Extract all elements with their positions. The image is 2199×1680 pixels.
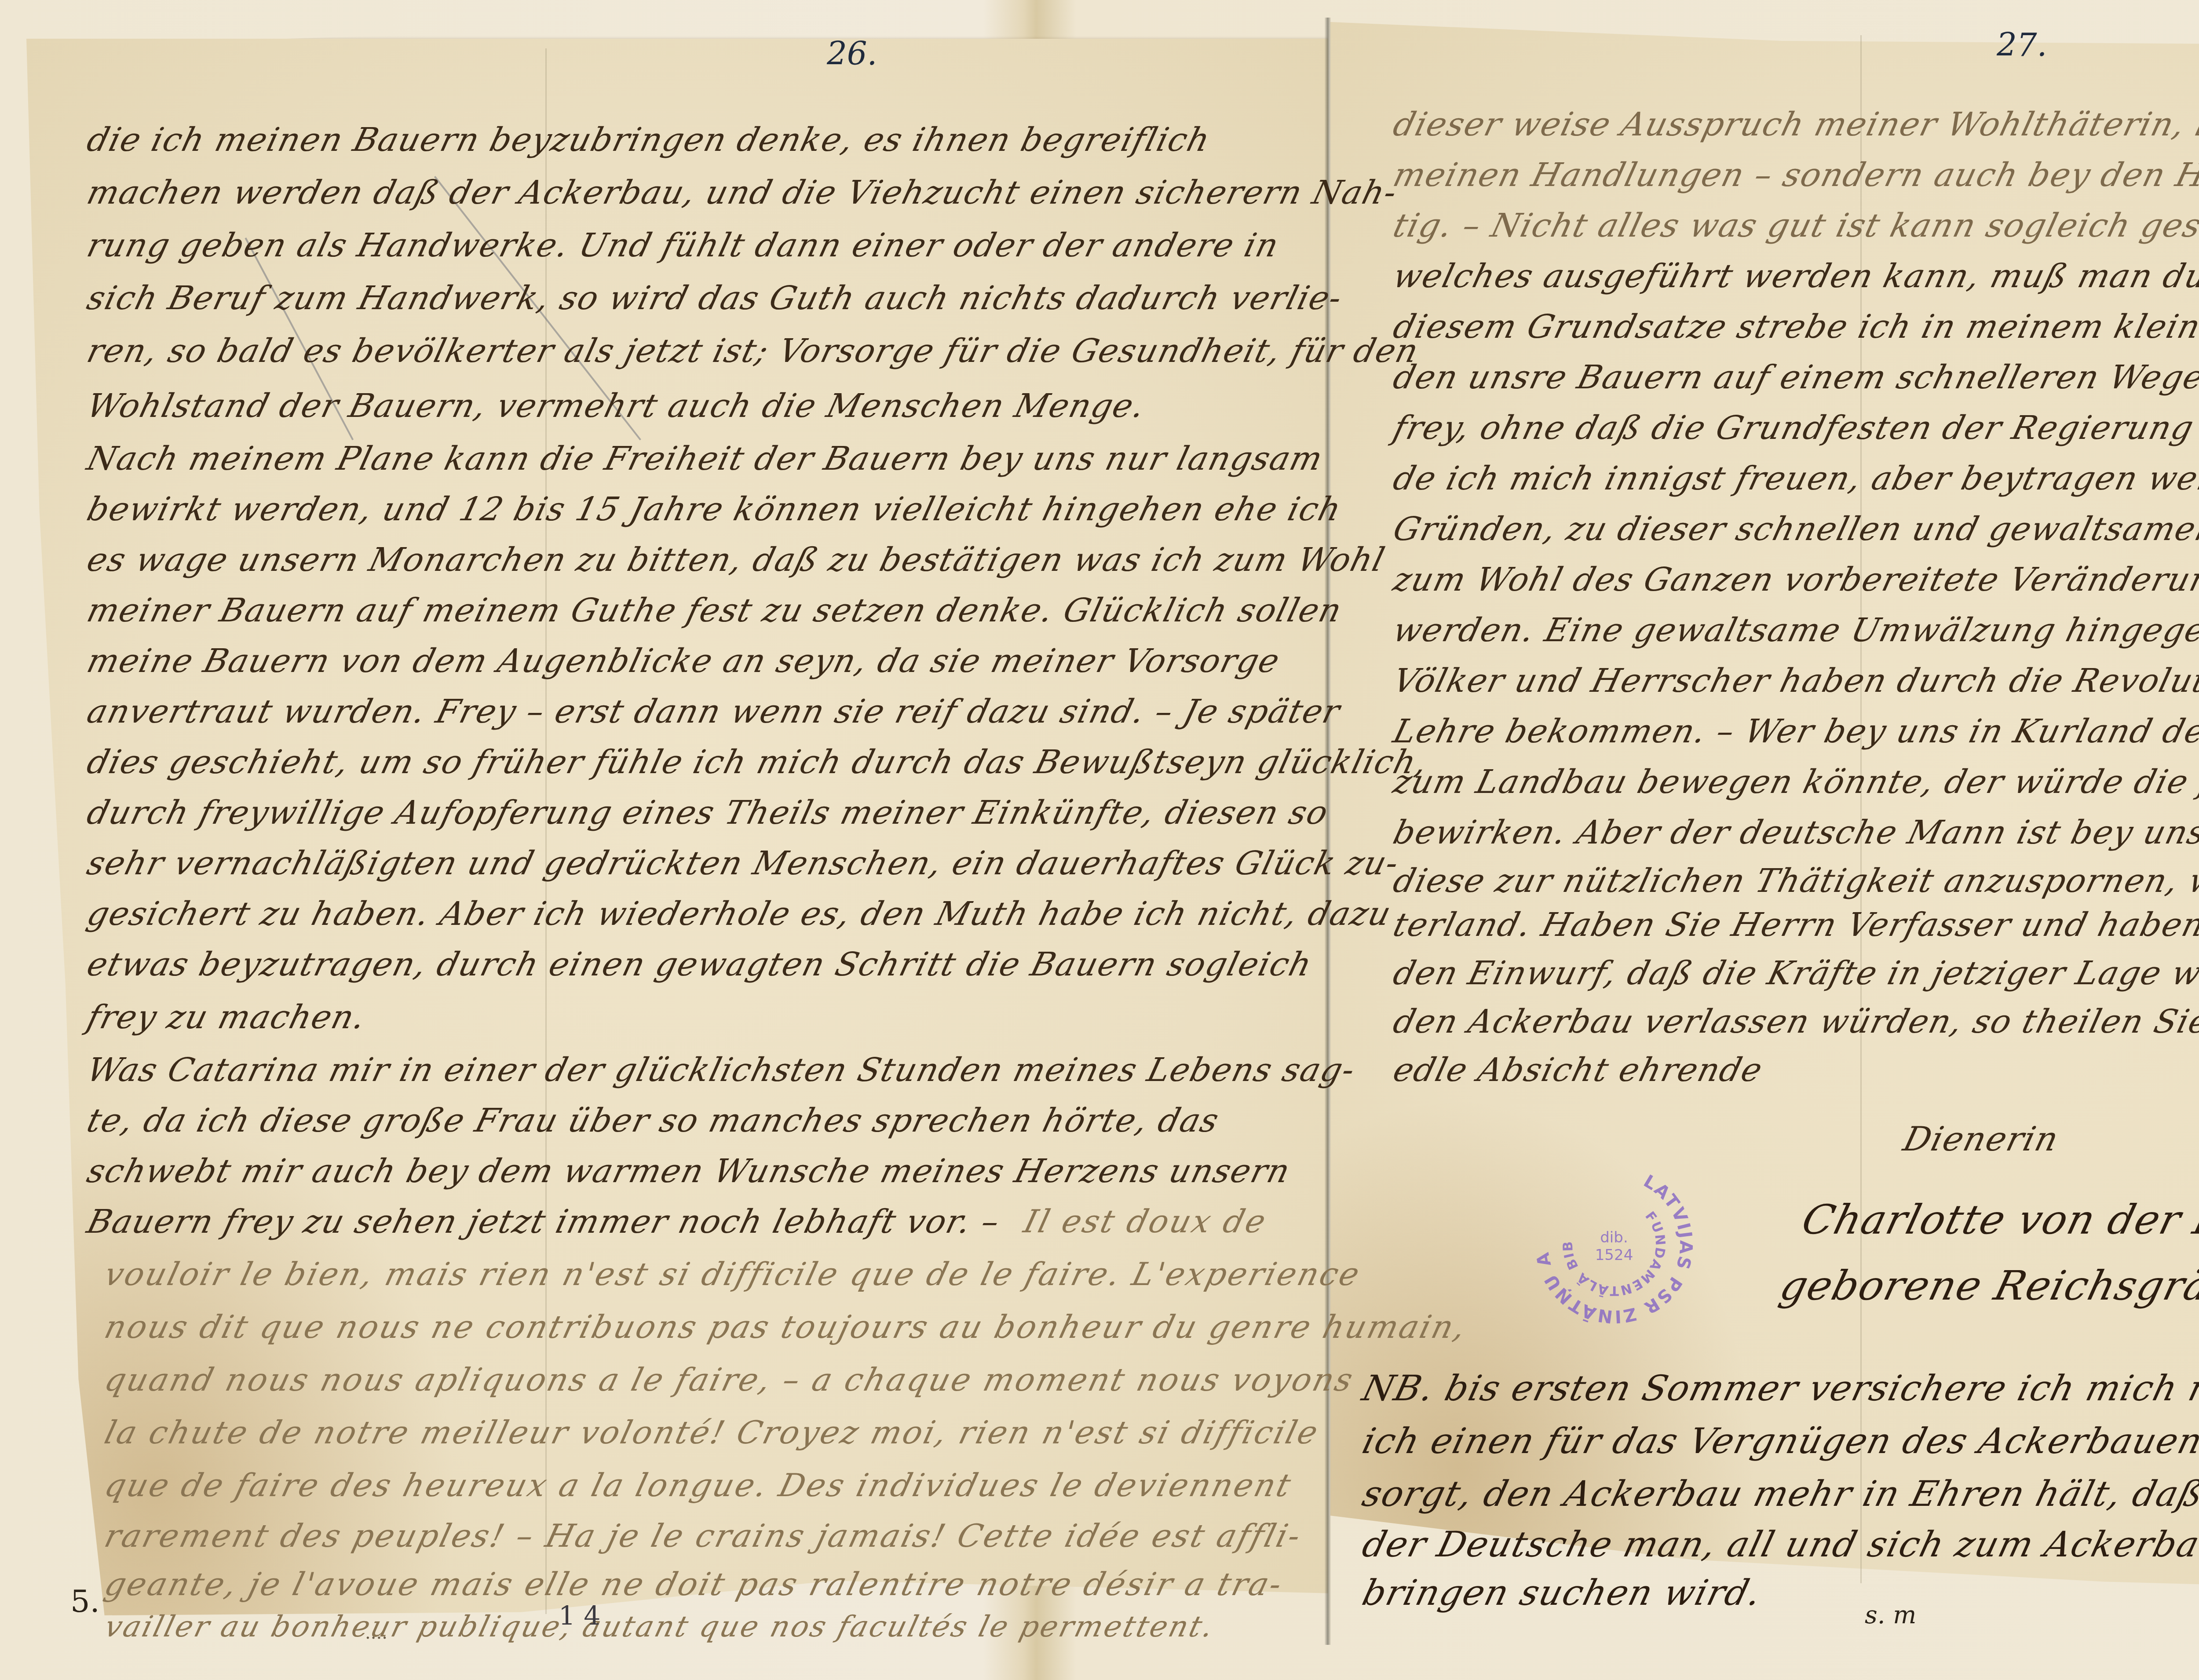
- text-line: es wage unsern Monarchen zu bitten, daß …: [83, 541, 1389, 579]
- text-line: Wohlstand der Bauern, vermehrt auch die …: [83, 387, 1149, 425]
- stamp-seal-icon: LATVIJAS PSR ZINĀTŅU AKADEMIJA * FUNDAME…: [1531, 1161, 1698, 1328]
- text-line: Völker und Herrscher haben durch die Rev…: [1389, 662, 2199, 700]
- text-line: sorgt, den Ackerbau mehr in Ehren hält, …: [1358, 1473, 2199, 1514]
- text-line: NB. bis ersten Sommer versichere ich mic…: [1358, 1368, 2199, 1409]
- text-line: ren, so bald es bevölkerter als jetzt is…: [83, 332, 1423, 370]
- text-line: machen werden daß der Ackerbau, und die …: [83, 174, 1401, 212]
- text-line: gesichert zu haben. Aber ich wiederhole …: [83, 895, 1395, 933]
- text-line: terland. Haben Sie Herrn Verfasser und h…: [1389, 906, 2199, 944]
- text-line: bringen suchen wird.: [1358, 1572, 1766, 1613]
- margin-number-5: 5.: [70, 1583, 100, 1619]
- text-line: Lehre bekommen. – Wer bey uns in Kurland…: [1389, 712, 2199, 750]
- text-line: werden. Eine gewaltsame Umwälzung hingeg…: [1389, 611, 2199, 649]
- text-line: vailler au bonheur publique, autant que …: [101, 1610, 1218, 1643]
- margin-number-14: 1 4: [559, 1601, 600, 1632]
- text-line: sehr vernachläßigten und gedrückten Mens…: [83, 844, 1403, 882]
- text-line: zum Landbau bewegen könnte, der würde di…: [1389, 763, 2199, 801]
- text-line: sich Beruf zum Handwerk, so wird das Gut…: [83, 279, 1346, 317]
- signature-line-1: Charlotte von der Recke: [1797, 1196, 2199, 1243]
- text-line: quand nous nous apliquons a le faire, – …: [101, 1361, 1359, 1398]
- text-line: Il est doux de: [1020, 1203, 1271, 1240]
- margin-dots: ....: [365, 1623, 387, 1643]
- folio-number-left: 26.: [827, 35, 877, 72]
- text-line: der Deutsche man, all und sich zum Acker…: [1358, 1524, 2199, 1565]
- text-line: die ich meinen Bauern beyzubringen denke…: [83, 121, 1214, 159]
- text-line: Nach meinem Plane kann die Freiheit der …: [83, 440, 1327, 478]
- library-stamp-round: LATVIJAS PSR ZINĀTŅU AKADEMIJA * FUNDAME…: [1531, 1161, 1698, 1328]
- text-line: dies geschieht, um so früher fühle ich m…: [83, 743, 1432, 781]
- text-line: bewirkt werden, und 12 bis 15 Jahre könn…: [83, 490, 1345, 528]
- signature-line-2: geborene Reichsgräfin Medem: [1775, 1262, 2199, 1309]
- text-line: anvertraut wurden. Frey – erst dann wenn…: [83, 693, 1344, 730]
- text-line: etwas beyzutragen, durch einen gewagten …: [83, 946, 1316, 983]
- text-line: Was Catarina mir in einer der glücklichs…: [83, 1051, 1359, 1089]
- text-line: rarement des peuples! – Ha je le crains …: [101, 1517, 1306, 1554]
- text-line: den unsre Bauern auf einem schnelleren W…: [1389, 358, 2199, 396]
- text-line: meiner Bauern auf meinem Guthe fest zu s…: [83, 592, 1346, 629]
- text-line: frey zu machen.: [83, 998, 370, 1036]
- text-line: durch freywillige Aufopferung eines Thei…: [83, 794, 1333, 832]
- text-line: geante, je l'avoue mais elle ne doit pas…: [101, 1566, 1287, 1603]
- text-line: la chute de notre meilleur volonté! Croy…: [101, 1414, 1323, 1451]
- text-line: de ich mich innigst freuen, aber beytrag…: [1389, 460, 2199, 497]
- text-line: tig. – Nicht alles was gut ist kann sogl…: [1389, 207, 2199, 245]
- folio-number-right: 27.: [1997, 26, 2047, 63]
- text-line: bewirken. Aber der deutsche Mann ist bey…: [1389, 814, 2199, 851]
- text-line: diese zur nützlichen Thätigkeit anzuspor…: [1389, 862, 2199, 900]
- text-line: ich einen für das Vergnügen des Ackerbau…: [1358, 1421, 2199, 1461]
- closing-word: Dienerin: [1899, 1119, 2063, 1158]
- text-line: edle Absicht ehrende: [1389, 1051, 1767, 1089]
- postscript-mark: s. m: [1865, 1601, 1916, 1629]
- svg-text:dib.: dib.: [1600, 1229, 1628, 1246]
- text-line: den Ackerbau verlassen würden, so theile…: [1389, 1003, 2199, 1041]
- text-line: que de faire des heureux a la longue. De…: [101, 1467, 1297, 1504]
- text-line: Bauern frey zu sehen jetzt immer noch le…: [83, 1203, 1004, 1241]
- text-line: vouloir le bien, mais rien n'est si diff…: [101, 1256, 1365, 1293]
- text-line: diesem Grundsatze strebe ich in meinem k…: [1389, 308, 2199, 346]
- svg-text:1524: 1524: [1595, 1246, 1633, 1264]
- text-line: Gründen, zu dieser schnellen und gewalts…: [1389, 510, 2199, 548]
- text-line: welches ausgeführt werden kann, muß man …: [1389, 257, 2199, 295]
- text-line: meinen Handlungen – sondern auch bey den…: [1389, 156, 2199, 194]
- text-line: dieser weise Ausspruch meiner Wohlthäter…: [1389, 106, 2199, 143]
- text-line: schwebt mir auch bey dem warmen Wunsche …: [83, 1152, 1294, 1190]
- text-line: meine Bauern von dem Augenblicke an seyn…: [83, 642, 1284, 680]
- text-line: te, da ich diese große Frau über so manc…: [83, 1102, 1223, 1139]
- text-line: rung geben als Handwerke. Und fühlt dann…: [83, 226, 1283, 264]
- text-line: zum Wohl des Ganzen vorbereitete Verände…: [1389, 561, 2199, 599]
- text-line: frey, ohne daß die Grundfesten der Regie…: [1389, 409, 2199, 447]
- center-fold-spine: [1325, 18, 1331, 1645]
- text-line: den Einwurf, daß die Kräfte in jetziger …: [1389, 954, 2199, 992]
- text-line: nous dit que nous ne contribuons pas tou…: [101, 1308, 1471, 1345]
